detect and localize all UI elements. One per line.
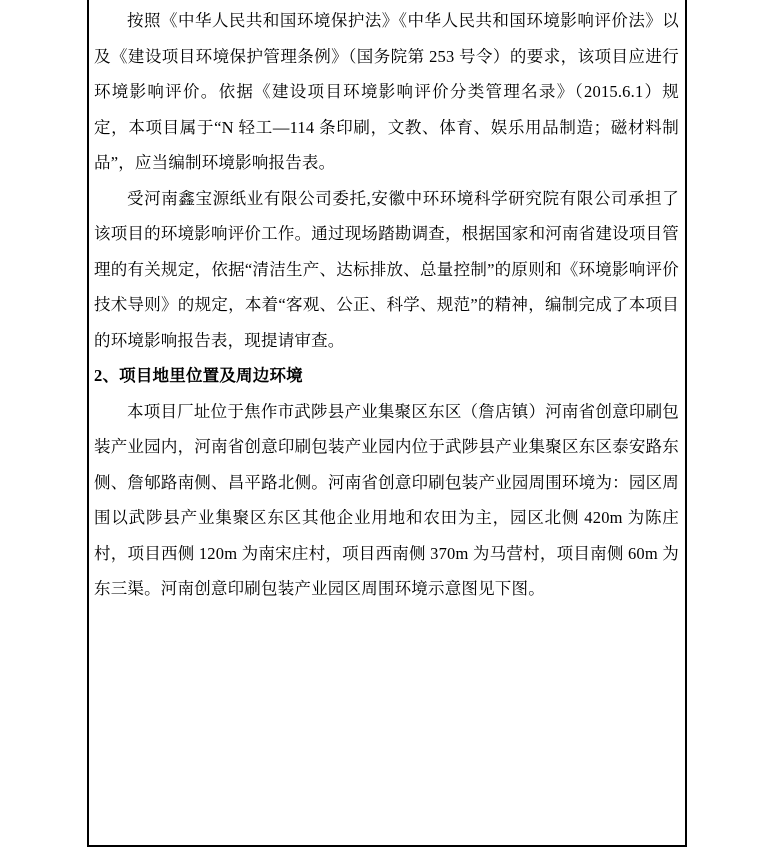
paragraph-legal-basis: 按照《中华人民共和国环境保护法》《中华人民共和国环境影响评价法》以及《建设项目环… [94,3,679,181]
paragraph-commission-statement: 受河南鑫宝源纸业有限公司委托,安徽中环环境科学研究院有限公司承担了该项目的环境影… [94,181,679,359]
document-page: 按照《中华人民共和国环境保护法》《中华人民共和国环境影响评价法》以及《建设项目环… [0,0,765,850]
table-cell: 按照《中华人民共和国环境保护法》《中华人民共和国环境影响评价法》以及《建设项目环… [87,0,687,847]
section-heading-project-location: 2、项目地里位置及周边环境 [94,358,679,394]
paragraph-project-location: 本项目厂址位于焦作市武陟县产业集聚区东区（詹店镇）河南省创意印刷包装产业园内，河… [94,394,679,607]
